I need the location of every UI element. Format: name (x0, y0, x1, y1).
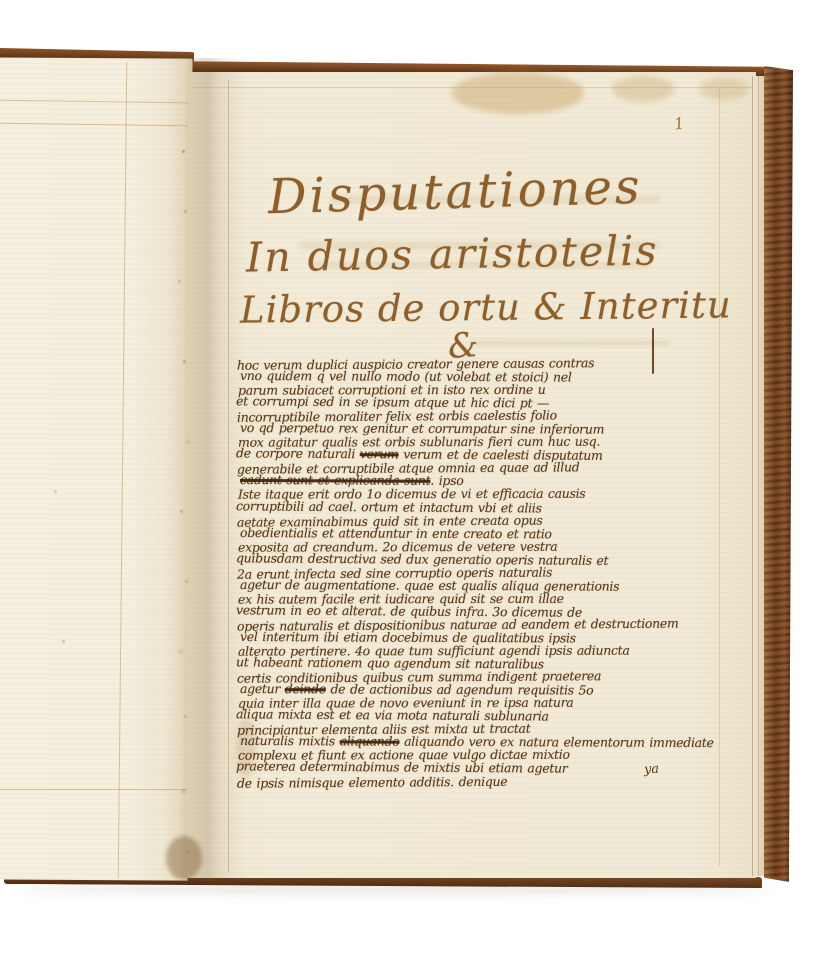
left-page-blank (0, 57, 193, 880)
stain (452, 72, 584, 114)
manuscript-photo: 1 Disputationes In duos aristotelis Libr… (0, 0, 840, 960)
right-page-left-margin-rule (228, 80, 229, 872)
left-page-bottom-rule (0, 789, 188, 790)
leather-right-cover-edge (764, 66, 793, 886)
catchword: ya (644, 762, 660, 778)
title-line-3: Libros de ortu & Interitu (240, 283, 732, 331)
title-line-2: In duos aristotelis (246, 226, 659, 281)
stain (700, 78, 748, 100)
body-text-block: hoc verum duplici auspicio creator gener… (237, 357, 719, 788)
title-line-1: Disputationes (267, 159, 643, 225)
book-gutter (166, 58, 246, 878)
gutter-bottom-smudge (166, 836, 202, 880)
stain (612, 76, 674, 102)
foxing-speckles (182, 150, 185, 153)
show-through-text (470, 340, 670, 346)
